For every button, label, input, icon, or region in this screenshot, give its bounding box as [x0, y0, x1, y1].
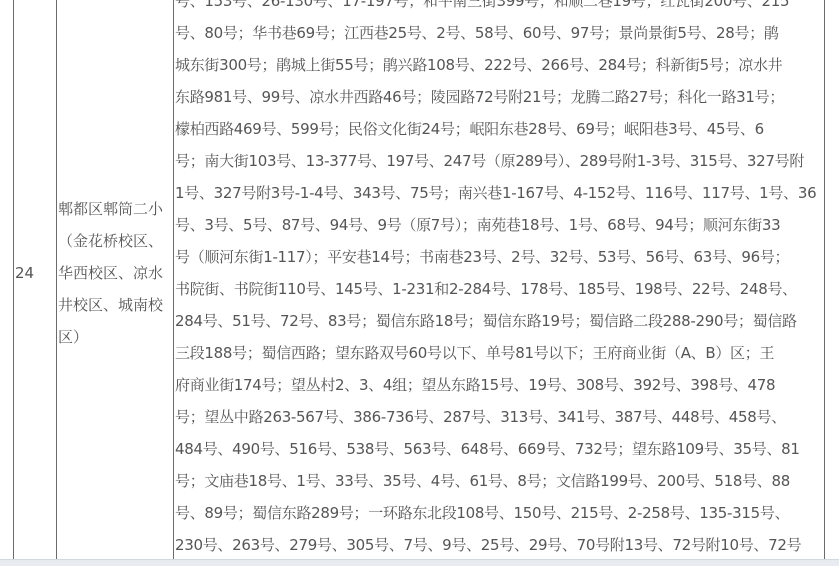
address-line: 号、153号、26-130号、17-197号；和平南三街399号；和顺二巷19号… — [175, 0, 824, 17]
address-line: 号（顺河东街1-117）；平安巷14号；书南巷23号、2号、32号、53号、56… — [175, 241, 824, 273]
school-name-cell: 郫都区郫筒二小 （金花桥校区、 华西校区、凉水 井校区、城南校 区） — [57, 0, 174, 562]
school-district-table: 24 郫都区郫筒二小 （金花桥校区、 华西校区、凉水 井校区、城南校 区） 号、… — [13, 0, 825, 562]
address-line: 号、3号、5号、87号、94号、9号（原7号）；南苑巷18号、1号、68号、94… — [175, 209, 824, 241]
school-name-line: 华西校区、凉水 — [58, 257, 173, 289]
address-line: 号；南大街103号、13-377号、197号、247号（原289号）、289号附… — [175, 145, 824, 177]
school-name-line: （金花桥校区、 — [58, 225, 173, 257]
row-number: 24 — [15, 264, 34, 282]
address-line: 书院街、书院街110号、145号、1-231和2-284号、178号、185号、… — [175, 273, 824, 305]
address-line: 号、89号；蜀信东路289号；一环路东北段108号、150号、215号、2-25… — [175, 497, 824, 529]
address-line: 1号、327号附3号-1-4号、343号、75号；南兴巷1-167号、4-152… — [175, 177, 824, 209]
table-row: 24 郫都区郫筒二小 （金花桥校区、 华西校区、凉水 井校区、城南校 区） 号、… — [14, 0, 825, 562]
address-line: 484号、490号、516号、538号、563号、648号、669号、732号；… — [175, 433, 824, 465]
address-line: 230号、263号、279号、305号、7号、9号、25号、29号、70号附13… — [175, 529, 824, 561]
school-name-line: 区） — [58, 321, 173, 353]
address-range-cell: 号、153号、26-130号、17-197号；和平南三街399号；和顺二巷19号… — [174, 0, 825, 562]
address-line: 284号、51号、72号、83号；蜀信东路18号；蜀信东路19号；蜀信路二段28… — [175, 305, 824, 337]
address-line: 东路981号、99号、凉水井西路46号；陵园路72号附21号；龙腾二路27号；科… — [175, 81, 824, 113]
horizontal-scrollbar[interactable] — [0, 559, 839, 566]
row-number-cell: 24 — [14, 0, 57, 562]
school-name-line: 郫都区郫筒二小 — [58, 193, 173, 225]
school-name-line: 井校区、城南校 — [58, 289, 173, 321]
address-line: 号；文庙巷18号、1号、33号、35号、4号、61号、8号；文信路199号、20… — [175, 465, 824, 497]
address-line: 号、80号；华书巷69号；江西巷25号、2号、58号、60号、97号；景尚景街5… — [175, 17, 824, 49]
address-line: 府商业街174号；望丛村2、3、4组；望丛东路15号、19号、308号、392号… — [175, 369, 824, 401]
address-line: 号；望丛中路263-567号、386-736号、287号、313号、341号、3… — [175, 401, 824, 433]
address-line: 城东街300号；鹃城上街55号；鹃兴路108号、222号、266号、284号；科… — [175, 49, 824, 81]
address-line: 檬柏西路469号、599号；民俗文化街24号；岷阳东巷28号、69号；岷阳巷3号… — [175, 113, 824, 145]
address-line: 三段188号；蜀信西路；望东路双号60号以下、单号81号以下；王府商业街（A、B… — [175, 337, 824, 369]
